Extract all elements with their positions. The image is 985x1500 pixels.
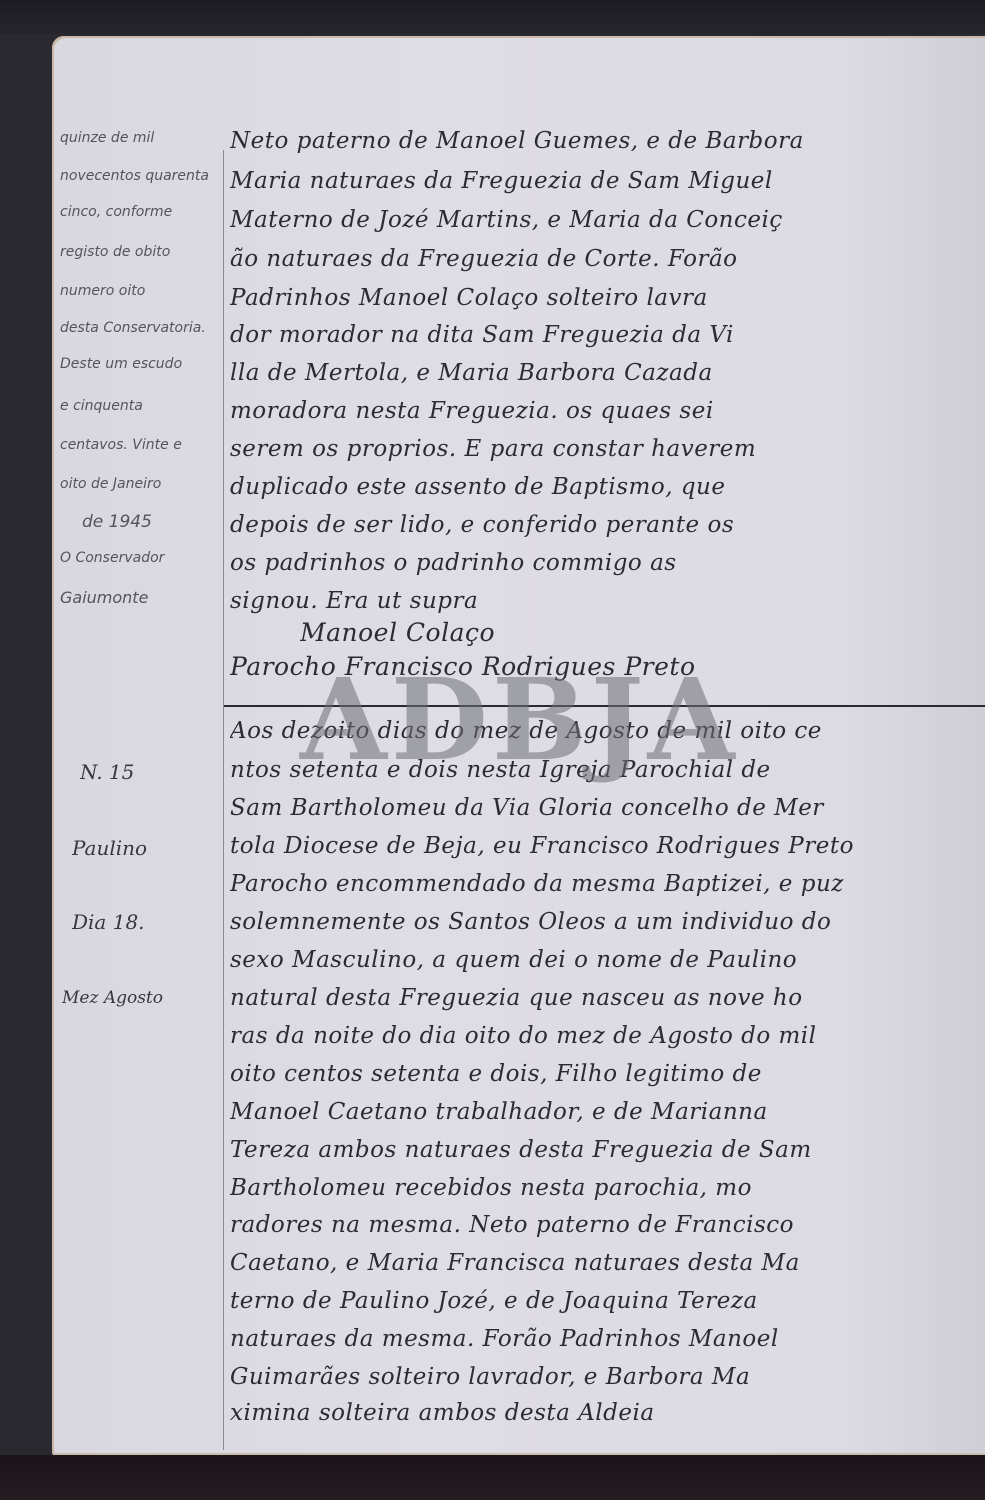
margin-note-line: quinze de mil [60,130,220,146]
entry-line: Padrinhos Manoel Colaço solteiro lavra [230,285,980,311]
scanner-background-bottom [0,1455,985,1500]
entry-line: Neto paterno de Manoel Guemes, e de Barb… [230,128,980,154]
margin-note-line: cinco, conforme [60,204,220,220]
entry-line: signou. Era ut supra [230,588,980,614]
margin-note-line: Deste um escudo [60,356,220,372]
entry-line: ão naturaes da Freguezia de Corte. Forão [230,246,980,272]
entry-line: dor morador na dita Sam Freguezia da Vi [230,322,980,348]
entry-line: Guimarães solteiro lavrador, e Barbora M… [230,1364,980,1390]
entry-line: os padrinhos o padrinho commigo as [230,550,980,576]
entry-line: radores na mesma. Neto paterno de Franci… [230,1212,980,1238]
entry-line: Manoel Caetano trabalhador, e de Mariann… [230,1099,980,1125]
margin-note-line: desta Conservatoria. [60,320,220,336]
entry-line: Parocho encommendado da mesma Baptizei, … [230,871,980,897]
margin-note-line: oito de Janeiro [60,476,220,492]
entry-line: ras da noite do dia oito do mez de Agost… [230,1023,980,1049]
margin-note-line: O Conservador [60,550,220,566]
entry-line: oito centos setenta e dois, Filho legiti… [230,1061,980,1087]
entry-line: lla de Mertola, e Maria Barbora Cazada [230,360,980,386]
entry-line: sexo Masculino, a quem dei o nome de Pau… [230,947,980,973]
entry-line: duplicado este assento de Baptismo, que [230,474,980,500]
margin-note-line: novecentos quarenta [60,168,220,184]
entry-line: solemnemente os Santos Oleos a um indivi… [230,909,980,935]
entry-line: Sam Bartholomeu da Via Gloria concelho d… [230,795,980,821]
margin-note-line: numero oito [60,283,220,299]
entry-line: Bartholomeu recebidos nesta parochia, mo [230,1175,980,1201]
entry-line: serem os proprios. E para constar havere… [230,436,980,462]
margin-note-date: de 1945 [82,512,242,532]
entry-line: tola Diocese de Beja, eu Francisco Rodri… [230,833,980,859]
entry-day: Dia 18. [72,910,232,934]
entry-line: terno de Paulino Jozé, e de Joaquina Ter… [230,1288,980,1314]
archive-watermark: ADBJA [300,655,720,786]
entry-line: natural desta Freguezia que nasceu as no… [230,985,980,1011]
entry-line: Tereza ambos naturaes desta Freguezia de… [230,1137,980,1163]
godfather-signature: Manoel Colaço [300,618,985,647]
entry-line: Materno de Jozé Martins, e Maria da Conc… [230,207,980,233]
entry-line: moradora nesta Freguezia. os quaes sei [230,398,980,424]
entry-line: Caetano, e Maria Francisca naturaes dest… [230,1250,980,1276]
margin-note-line: centavos. Vinte e [60,437,220,453]
entry-month: Mez Agosto [62,988,222,1008]
margin-note-line: e cinquenta [60,398,220,414]
margin-rule [223,150,224,1450]
entry-line: naturaes da mesma. Forão Padrinhos Manoe… [230,1326,980,1352]
conservator-signature: Gaiumonte [60,588,220,607]
margin-note-line: registo de obito [60,244,220,260]
baptized-name: Paulino [72,836,232,860]
entry-number: N. 15 [80,760,240,784]
entry-line: Maria naturaes da Freguezia de Sam Migue… [230,168,980,194]
scanner-background-top [0,0,985,34]
entry-line: depois de ser lido, e conferido perante … [230,512,980,538]
entry-line: ximina solteira ambos desta Aldeia [230,1400,980,1426]
